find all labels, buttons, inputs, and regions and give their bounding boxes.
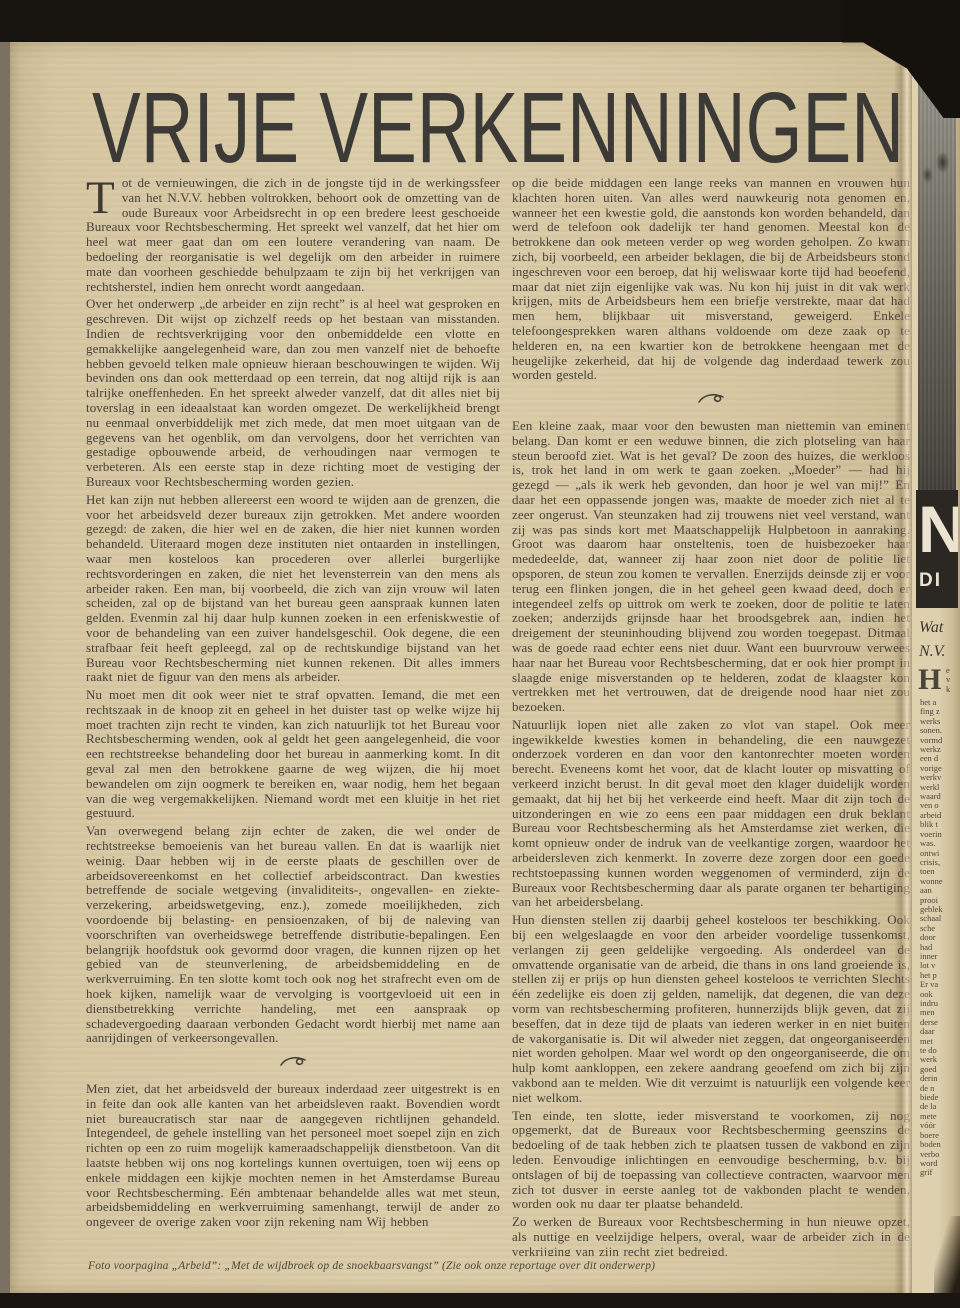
paragraph: Ten einde, ten slotte, ieder misverstand… [512,1109,910,1213]
paragraph: Zo werken de Bureaux voor Rechtsbescherm… [512,1215,910,1256]
text-fragment: was. [920,839,960,848]
text-fragment: het p [920,971,960,980]
text-fragment: derin [920,1074,960,1083]
text-fragment: vormd [920,736,960,745]
photo-credit-caption: Foto voorpagina „Arbeid”: „Met de wijdbr… [88,1260,788,1272]
paragraph: Hun diensten stellen zij daarbij geheel … [512,913,910,1105]
text-fragment: aan [920,886,960,895]
text-fragment: vorige [920,764,960,773]
text-fragment: verbo [920,1150,960,1159]
paragraph: op die beide middagen een lange reeks va… [512,176,910,383]
text-fragment: ook [920,990,960,999]
text-fragment: men [920,1008,960,1017]
paragraph-text: ot de vernieuwingen, die zich in de jong… [86,176,500,294]
page-title-svg: VRIJE VERKENNINGEN [92,82,908,178]
section-ornament-icon [512,391,910,410]
text-fragment: geblek [920,905,960,914]
next-page-headline-sub: DI [919,570,942,592]
text-fragment: daar [920,1027,960,1036]
paragraph: Van overwegend belang zijn echter de zak… [86,824,500,1046]
section-ornament-icon [86,1054,500,1073]
next-page-headline-letter: N [918,496,958,562]
article-column-left: Tot de vernieuwingen, die zich in de jon… [86,176,500,1256]
next-page-drop-cap: H [918,666,941,694]
teaser-line: Wat [919,616,945,640]
next-page-edge: N DI Wat N.V. H evk het afing zwerkssone… [912,38,960,1294]
page-title-text: VRIJE VERKENNINGEN [92,82,904,178]
scan-shadow-corner [934,1216,960,1296]
text-fragment: grif [920,1168,960,1177]
text-fragment: boden [920,1140,960,1149]
paragraph: Nu moet men dit ook weer niet te straf o… [86,688,500,821]
text-fragment: werkz [920,745,960,754]
text-fragment: derse [920,1018,960,1027]
scan-border-bottom [0,1293,960,1308]
text-fragment: waard [920,792,960,801]
text-fragment: Er va [920,980,960,989]
text-fragment: door [920,933,960,942]
text-fragment: met [920,1037,960,1046]
scanned-magazine-page: VRIJE VERKENNINGEN Tot de vernieuwingen,… [0,0,960,1308]
text-fragment: ontwi [920,849,960,858]
text-fragment: indru [920,999,960,1008]
paragraph: Over het onderwerp „de arbeider en zijn … [86,297,500,489]
scan-border-top [0,0,960,42]
text-fragment: sche [920,924,960,933]
next-page-headline-block: N DI [916,490,958,608]
text-fragment: crisis, [920,858,960,867]
text-fragment: werks [920,717,960,726]
text-fragment: vóór [920,1121,960,1130]
text-fragment: biede [920,1093,960,1102]
text-fragment: boere [920,1131,960,1140]
text-fragment: de la [920,1102,960,1111]
text-fragment: schaal [920,914,960,923]
text-fragment: wonne [920,877,960,886]
text-fragment: fing z [920,707,960,716]
paragraph: Het kan zijn nut hebben allereerst een w… [86,493,500,685]
text-fragment: werkv [920,773,960,782]
text-fragment: werkl [920,783,960,792]
page-title: VRIJE VERKENNINGEN [92,82,908,178]
text-fragment: toen [920,867,960,876]
article-column-right: op die beide middagen een lange reeks va… [512,176,910,1256]
text-fragment: prooi [920,896,960,905]
paragraph: Tot de vernieuwingen, die zich in de jon… [86,176,500,294]
text-fragment: de n [920,1084,960,1093]
text-fragment: blik t [920,820,960,829]
text-fragment: ven o [920,801,960,810]
next-page-teaser: Wat N.V. [919,616,945,664]
text-fragment: een d [920,754,960,763]
text-fragment: voerin [920,830,960,839]
text-fragment: mete [920,1112,960,1121]
text-fragment: te do [920,1046,960,1055]
drop-cap-t: T [86,176,122,217]
text-fragment: sonen. [920,726,960,735]
teaser-line: N.V. [919,640,945,664]
text-fragment: word [920,1159,960,1168]
text-fragment: inner [920,952,960,961]
text-fragment: k [946,685,950,694]
text-fragment: werk [920,1055,960,1064]
paragraph: Natuurlijk lopen niet alle zaken zo vlot… [512,718,910,910]
paragraph: Een kleine zaak, maar voor den bewusten … [512,419,910,715]
text-fragment: lot v [920,961,960,970]
paragraph: Men ziet, dat het arbeidsveld der bureau… [86,1082,500,1230]
text-fragment: het a [920,698,960,707]
next-page-clipped-lines: het afing zwerkssonen.vormdwerkzeen dvor… [920,698,960,1178]
next-page-photo [918,70,956,490]
text-fragment: arbeid [920,811,960,820]
text-fragment: had [920,943,960,952]
next-page-dropcap-fragments: evk [946,666,950,694]
text-fragment: goed [920,1065,960,1074]
